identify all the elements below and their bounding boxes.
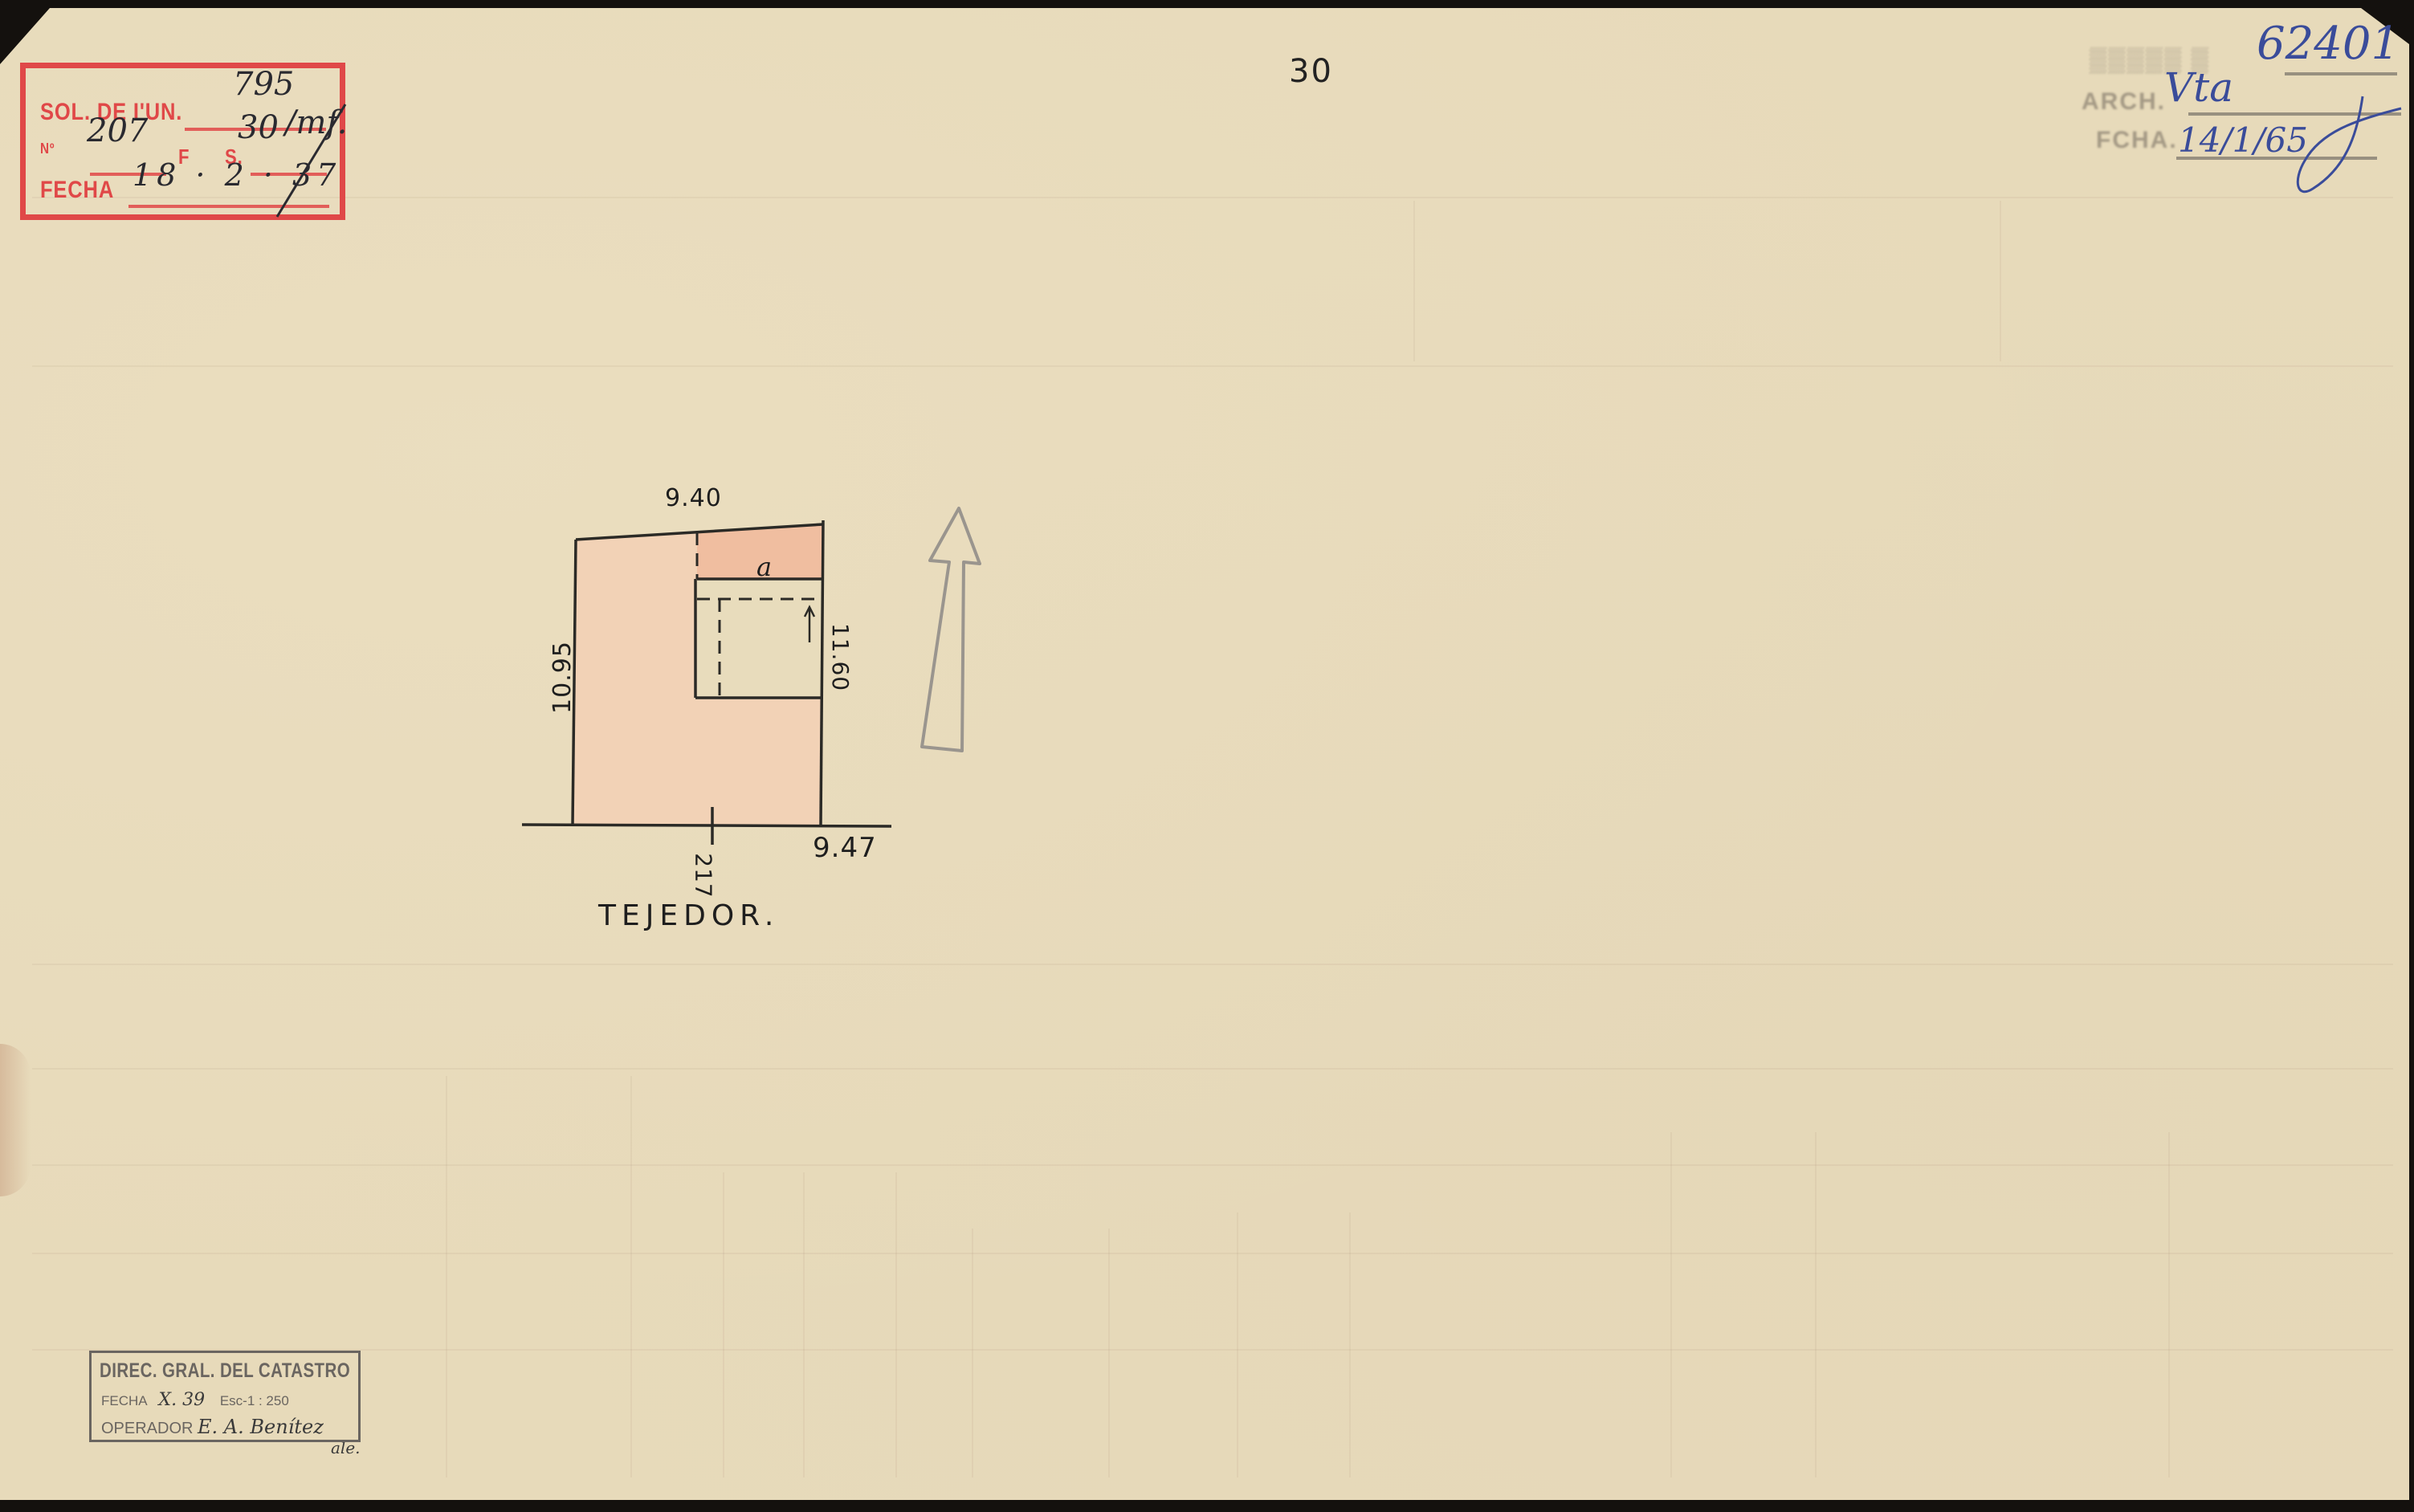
street-number: 217: [691, 853, 717, 898]
catastro-title: DIREC. GRAL. DEL CATASTRO: [100, 1359, 350, 1383]
dimension-right: 11.60: [827, 623, 854, 691]
catastro-value-fecha: X. 39: [158, 1390, 205, 1410]
catastro-label-operador: OPERADOR: [101, 1420, 193, 1437]
catastro-label-escala: Esc-1 : 250: [220, 1393, 289, 1408]
stamp-slash: [277, 104, 345, 217]
plot-courtyard: [697, 579, 822, 698]
catastro-label-fecha: FECHA: [101, 1393, 147, 1408]
street-name: TEJEDOR.: [598, 899, 779, 932]
catastro-fecha-row: FECHA X. 39 Esc-1 : 250: [101, 1390, 289, 1410]
signature-icon: [2298, 96, 2401, 192]
dimension-top: 9.40: [665, 484, 722, 512]
dimension-left: 10.95: [548, 641, 577, 714]
area-a-label: a: [756, 552, 773, 582]
north-arrow-icon: [922, 508, 980, 751]
catastro-operador-row: OPERADOR E. A. Benítez: [101, 1416, 324, 1438]
catastro-value-operador: E. A. Benítez: [198, 1416, 324, 1438]
catastro-stamp: DIREC. GRAL. DEL CATASTRO FECHA X. 39 Es…: [89, 1351, 361, 1442]
plan-drawing: ale.: [0, 0, 2414, 1512]
dimension-bottom: 9.47: [813, 832, 877, 864]
